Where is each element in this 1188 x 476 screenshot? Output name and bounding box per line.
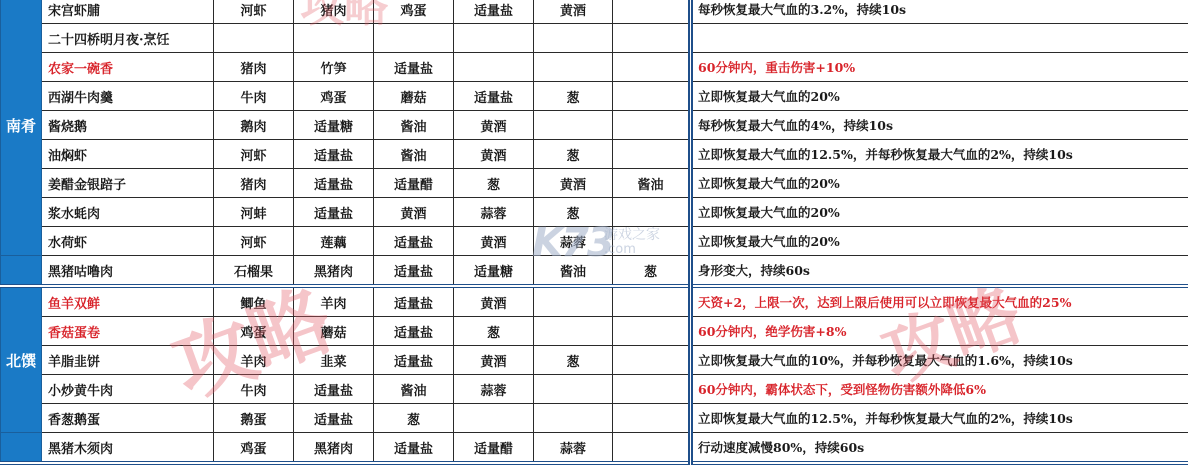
ingredient-cell: 适量盐 bbox=[294, 404, 374, 433]
ingredient-cell bbox=[613, 198, 691, 227]
effect-cell: 行动速度减慢80%，持续60s bbox=[691, 433, 1188, 464]
recipe-row: 二十四桥明月夜·烹饪 bbox=[1, 24, 1188, 53]
ingredient-cell: 适量盐 bbox=[454, 82, 534, 111]
dish-name: 小炒黄牛肉 bbox=[42, 375, 214, 404]
ingredient-cell: 黄酒 bbox=[374, 198, 454, 227]
ingredient-cell: 适量糖 bbox=[454, 256, 534, 287]
ingredient-cell: 葱 bbox=[534, 140, 613, 169]
ingredient-cell: 黑猪肉 bbox=[294, 433, 374, 464]
ingredient-cell: 适量盐 bbox=[374, 256, 454, 287]
ingredient-cell: 黄酒 bbox=[454, 227, 534, 256]
effect-cell: 60分钟内，重击伤害+10% bbox=[691, 53, 1188, 82]
recipe-row: 香葱鹅蛋鹅蛋适量盐葱立即恢复最大气血的12.5%，并每秒恢复最大气血的2%，持续… bbox=[1, 404, 1188, 433]
ingredient-cell: 葱 bbox=[534, 198, 613, 227]
section-label: 北馔 bbox=[1, 286, 42, 433]
ingredient-cell: 蘑菇 bbox=[374, 82, 454, 111]
recipe-row: 姜醋金银踣子猪肉适量盐适量醋葱黄酒酱油立即恢复最大气血的20% bbox=[1, 169, 1188, 198]
ingredient-cell bbox=[613, 24, 691, 53]
ingredient-cell bbox=[613, 53, 691, 82]
ingredient-cell bbox=[534, 404, 613, 433]
ingredient-cell: 河虾 bbox=[214, 0, 294, 24]
effect-cell: 60分钟内，绝学伤害+8% bbox=[691, 317, 1188, 346]
recipe-row: 浆水蚝肉河蚌适量盐黄酒蒜蓉葱立即恢复最大气血的20% bbox=[1, 198, 1188, 227]
ingredient-cell: 葱 bbox=[534, 346, 613, 375]
ingredient-cell: 牛肉 bbox=[214, 375, 294, 404]
effect-cell: 立即恢复最大气血的12.5%，并每秒恢复最大气血的2%，持续10s bbox=[691, 140, 1188, 169]
ingredient-cell: 鸡蛋 bbox=[214, 433, 294, 464]
ingredient-cell: 适量盐 bbox=[454, 0, 534, 24]
effect-cell: 立即恢复最大气血的20% bbox=[691, 198, 1188, 227]
ingredient-cell: 酱油 bbox=[613, 169, 691, 198]
recipe-row: 农家一碗香猪肉竹笋适量盐60分钟内，重击伤害+10% bbox=[1, 53, 1188, 82]
recipe-row: 西湖牛肉羹牛肉鸡蛋蘑菇适量盐葱立即恢复最大气血的20% bbox=[1, 82, 1188, 111]
recipe-row: 羊脂韭饼羊肉韭菜适量盐黄酒葱立即恢复最大气血的10%，并每秒恢复最大气血的1.6… bbox=[1, 346, 1188, 375]
ingredient-cell bbox=[613, 433, 691, 464]
ingredient-cell: 鸡蛋 bbox=[294, 82, 374, 111]
ingredient-cell: 鹅蛋 bbox=[214, 404, 294, 433]
ingredient-cell: 黄酒 bbox=[534, 0, 613, 24]
ingredient-cell bbox=[294, 24, 374, 53]
ingredient-cell: 葱 bbox=[534, 82, 613, 111]
ingredient-cell: 蒜蓉 bbox=[454, 375, 534, 404]
ingredient-cell: 适量盐 bbox=[294, 375, 374, 404]
ingredient-cell: 黄酒 bbox=[454, 346, 534, 375]
ingredient-cell: 石榴果 bbox=[214, 256, 294, 287]
ingredient-cell: 葱 bbox=[613, 256, 691, 287]
ingredient-cell: 酱油 bbox=[374, 140, 454, 169]
recipe-row: 北馔鱼羊双鲜鲫鱼羊肉适量盐黄酒天资+2，上限一次，达到上限后使用可以立即恢复最大… bbox=[1, 286, 1188, 317]
ingredient-cell: 羊肉 bbox=[294, 286, 374, 317]
dish-name: 农家一碗香 bbox=[42, 53, 214, 82]
effect-cell: 立即恢复最大气血的12.5%，并每秒恢复最大气血的2%，持续10s bbox=[691, 404, 1188, 433]
ingredient-cell: 适量盐 bbox=[374, 286, 454, 317]
ingredient-cell: 适量盐 bbox=[374, 227, 454, 256]
ingredient-cell: 蘑菇 bbox=[294, 317, 374, 346]
dish-name: 浆水蚝肉 bbox=[42, 198, 214, 227]
ingredient-cell: 河虾 bbox=[214, 140, 294, 169]
ingredient-cell: 蒜蓉 bbox=[534, 433, 613, 464]
ingredient-cell: 猪肉 bbox=[214, 169, 294, 198]
ingredient-cell: 蒜蓉 bbox=[454, 198, 534, 227]
ingredient-cell bbox=[534, 53, 613, 82]
recipe-table: 南肴宋宫虾脯河虾猪肉鸡蛋适量盐黄酒每秒恢复最大气血的3.2%，持续10s二十四桥… bbox=[0, 0, 1188, 465]
ingredient-cell: 葱 bbox=[374, 404, 454, 433]
ingredient-cell: 莲藕 bbox=[294, 227, 374, 256]
ingredient-cell bbox=[613, 140, 691, 169]
dish-name: 油焖虾 bbox=[42, 140, 214, 169]
ingredient-cell: 鹅肉 bbox=[214, 111, 294, 140]
dish-name: 酱烧鹅 bbox=[42, 111, 214, 140]
dish-name: 宋宫虾脯 bbox=[42, 0, 214, 24]
ingredient-cell: 酱油 bbox=[374, 111, 454, 140]
ingredient-cell bbox=[534, 24, 613, 53]
effect-cell: 立即恢复最大气血的20% bbox=[691, 169, 1188, 198]
ingredient-cell: 适量盐 bbox=[374, 53, 454, 82]
dish-name: 黑猪咕噜肉 bbox=[42, 256, 214, 287]
effect-cell: 立即恢复最大气血的20% bbox=[691, 227, 1188, 256]
recipe-row: 南肴宋宫虾脯河虾猪肉鸡蛋适量盐黄酒每秒恢复最大气血的3.2%，持续10s bbox=[1, 0, 1188, 24]
ingredient-cell: 蒜蓉 bbox=[534, 227, 613, 256]
ingredient-cell: 适量盐 bbox=[294, 169, 374, 198]
ingredient-cell: 适量醋 bbox=[374, 169, 454, 198]
ingredient-cell bbox=[613, 317, 691, 346]
dish-name: 香菇蛋卷 bbox=[42, 317, 214, 346]
ingredient-cell: 牛肉 bbox=[214, 82, 294, 111]
ingredient-cell: 河蚌 bbox=[214, 198, 294, 227]
ingredient-cell bbox=[613, 404, 691, 433]
recipe-row: 油焖虾河虾适量盐酱油黄酒葱立即恢复最大气血的12.5%，并每秒恢复最大气血的2%… bbox=[1, 140, 1188, 169]
ingredient-cell bbox=[454, 404, 534, 433]
effect-cell: 立即恢复最大气血的10%，并每秒恢复最大气血的1.6%，持续10s bbox=[691, 346, 1188, 375]
effect-cell: 立即恢复最大气血的20% bbox=[691, 82, 1188, 111]
ingredient-cell: 鲫鱼 bbox=[214, 286, 294, 317]
dish-name: 西湖牛肉羹 bbox=[42, 82, 214, 111]
ingredient-cell: 适量盐 bbox=[374, 433, 454, 464]
recipe-row: 酱烧鹅鹅肉适量糖酱油黄酒每秒恢复最大气血的4%，持续10s bbox=[1, 111, 1188, 140]
ingredient-cell: 适量盐 bbox=[294, 140, 374, 169]
ingredient-cell bbox=[613, 286, 691, 317]
section-label bbox=[1, 256, 42, 287]
ingredient-cell: 竹笋 bbox=[294, 53, 374, 82]
ingredient-cell: 适量盐 bbox=[294, 198, 374, 227]
ingredient-cell bbox=[534, 286, 613, 317]
ingredient-cell: 葱 bbox=[454, 169, 534, 198]
ingredient-cell: 河虾 bbox=[214, 227, 294, 256]
ingredient-cell bbox=[613, 227, 691, 256]
ingredient-cell: 黄酒 bbox=[454, 286, 534, 317]
ingredient-cell: 羊肉 bbox=[214, 346, 294, 375]
ingredient-cell bbox=[374, 24, 454, 53]
recipe-row: 水荷虾河虾莲藕适量盐黄酒蒜蓉立即恢复最大气血的20% bbox=[1, 227, 1188, 256]
ingredient-cell: 猪肉 bbox=[294, 0, 374, 24]
dish-name: 水荷虾 bbox=[42, 227, 214, 256]
ingredient-cell: 黑猪肉 bbox=[294, 256, 374, 287]
ingredient-cell bbox=[613, 346, 691, 375]
ingredient-cell bbox=[454, 53, 534, 82]
ingredient-cell bbox=[454, 24, 534, 53]
effect-cell bbox=[691, 24, 1188, 53]
dish-name: 香葱鹅蛋 bbox=[42, 404, 214, 433]
ingredient-cell: 韭菜 bbox=[294, 346, 374, 375]
effect-cell: 每秒恢复最大气血的4%，持续10s bbox=[691, 111, 1188, 140]
dish-name: 二十四桥明月夜·烹饪 bbox=[42, 24, 214, 53]
ingredient-cell bbox=[613, 111, 691, 140]
dish-name: 羊脂韭饼 bbox=[42, 346, 214, 375]
effect-cell: 天资+2，上限一次，达到上限后使用可以立即恢复最大气血的25% bbox=[691, 286, 1188, 317]
ingredient-cell: 黄酒 bbox=[454, 111, 534, 140]
ingredient-cell: 鸡蛋 bbox=[214, 317, 294, 346]
dish-name: 鱼羊双鲜 bbox=[42, 286, 214, 317]
ingredient-cell: 黄酒 bbox=[454, 140, 534, 169]
effect-cell: 每秒恢复最大气血的3.2%，持续10s bbox=[691, 0, 1188, 24]
recipe-row: 香菇蛋卷鸡蛋蘑菇适量盐葱60分钟内，绝学伤害+8% bbox=[1, 317, 1188, 346]
dish-name: 姜醋金银踣子 bbox=[42, 169, 214, 198]
ingredient-cell bbox=[534, 111, 613, 140]
ingredient-cell: 鸡蛋 bbox=[374, 0, 454, 24]
ingredient-cell bbox=[613, 82, 691, 111]
section-label: 南肴 bbox=[1, 0, 42, 256]
ingredient-cell bbox=[214, 24, 294, 53]
dish-name: 黑猪木须肉 bbox=[42, 433, 214, 464]
ingredient-cell: 猪肉 bbox=[214, 53, 294, 82]
recipe-row: 黑猪木须肉鸡蛋黑猪肉适量盐适量醋蒜蓉行动速度减慢80%，持续60s bbox=[1, 433, 1188, 464]
ingredient-cell: 适量醋 bbox=[454, 433, 534, 464]
ingredient-cell bbox=[534, 375, 613, 404]
ingredient-cell: 适量盐 bbox=[374, 317, 454, 346]
ingredient-cell: 适量盐 bbox=[374, 346, 454, 375]
recipe-row: 黑猪咕噜肉石榴果黑猪肉适量盐适量糖酱油葱身形变大，持续60s bbox=[1, 256, 1188, 287]
section-label bbox=[1, 433, 42, 464]
ingredient-cell bbox=[613, 375, 691, 404]
ingredient-cell bbox=[613, 0, 691, 24]
effect-cell: 身形变大，持续60s bbox=[691, 256, 1188, 287]
ingredient-cell: 酱油 bbox=[534, 256, 613, 287]
ingredient-cell: 黄酒 bbox=[534, 169, 613, 198]
ingredient-cell: 适量糖 bbox=[294, 111, 374, 140]
recipe-row: 小炒黄牛肉牛肉适量盐酱油蒜蓉60分钟内，霸体状态下，受到怪物伤害额外降低6% bbox=[1, 375, 1188, 404]
ingredient-cell: 酱油 bbox=[374, 375, 454, 404]
ingredient-cell bbox=[534, 317, 613, 346]
effect-cell: 60分钟内，霸体状态下，受到怪物伤害额外降低6% bbox=[691, 375, 1188, 404]
ingredient-cell: 葱 bbox=[454, 317, 534, 346]
